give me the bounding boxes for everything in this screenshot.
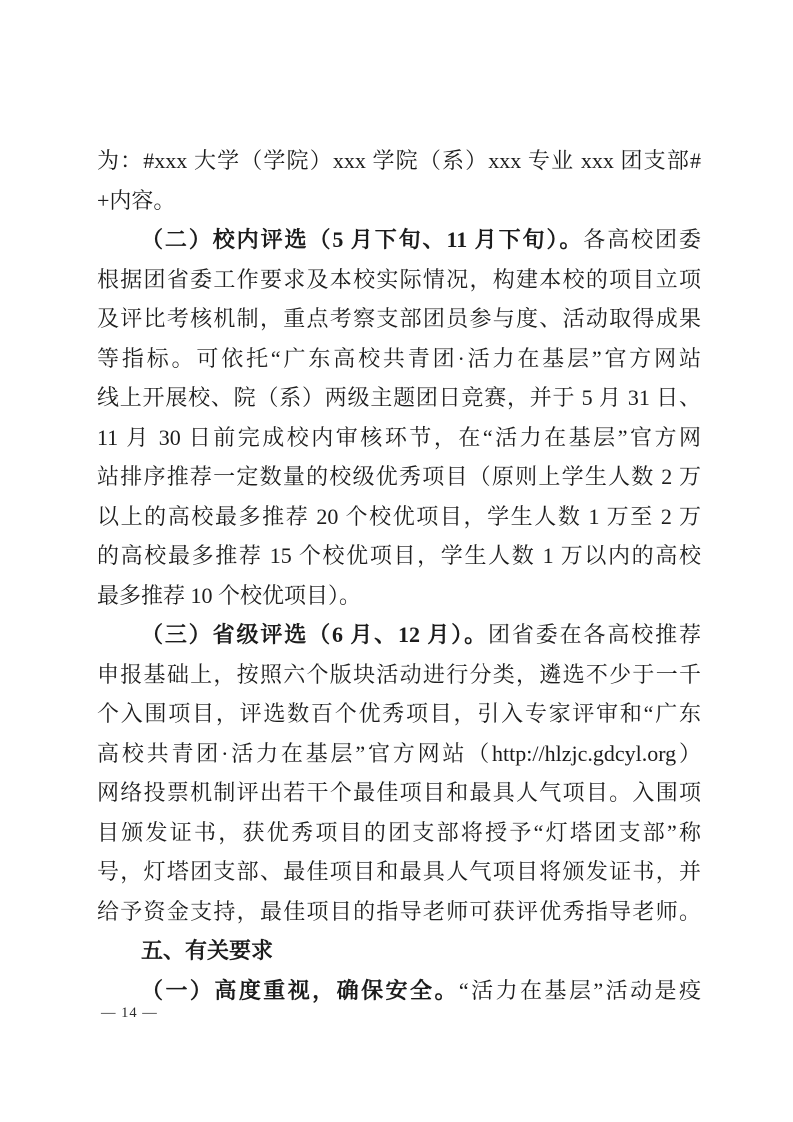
body-text: 个入围项目，评选数百个优秀项目，引入专家评审和“广东: [97, 701, 701, 726]
body-text: 线上开展校、院（系）两级主题团日竞赛，并于 5 月 31 日、: [97, 385, 701, 410]
document-body: 为：#xxx 大学（学院）xxx 学院（系）xxx 专业 xxx 团支部#+内容…: [97, 141, 701, 1010]
body-text: “活力在基层”活动是疫: [459, 978, 701, 1003]
text-line: 给予资金支持，最佳项目的指导老师可获评优秀指导老师。: [97, 892, 701, 932]
body-text: 网络投票机制评出若干个最佳项目和最具人气项目。入围项: [97, 780, 701, 805]
body-text: 及评比考核机制，重点考察支部团员参与度、活动取得成果: [97, 306, 701, 331]
text-line: 号，灯塔团支部、最佳项目和最具人气项目将颁发证书，并: [97, 852, 701, 892]
body-text: 申报基础上，按照六个版块活动进行分类，遴选不少于一千: [97, 662, 701, 687]
body-text: 给予资金支持，最佳项目的指导老师可获评优秀指导老师。: [97, 899, 701, 924]
clause-heading: （二）校内评选（5 月下旬、11 月下旬）。: [141, 227, 583, 252]
section-heading: 五、有关要求: [141, 938, 273, 963]
clause-heading: （三）省级评选（6 月、12 月）。: [141, 622, 488, 647]
text-line: 等指标。可依托“广东高校共青团·活力在基层”官方网站: [97, 339, 701, 379]
body-text: 高校共青团·活力在基层”官方网站（http://hlzjc.gdcyl.org）: [97, 741, 701, 766]
text-line: 目颁发证书，获优秀项目的团支部将授予“灯塔团支部”称: [97, 813, 701, 853]
body-text: 团省委在各高校推荐: [488, 622, 701, 647]
document-page: 为：#xxx 大学（学院）xxx 学院（系）xxx 专业 xxx 团支部#+内容…: [0, 0, 793, 1122]
body-text: 根据团省委工作要求及本校实际情况，构建本校的项目立项: [97, 267, 701, 292]
body-text: 为：#xxx 大学（学院）xxx 学院（系）xxx 专业 xxx 团支部#: [97, 148, 701, 173]
text-line: 以上的高校最多推荐 20 个校优项目，学生人数 1 万至 2 万: [97, 497, 701, 537]
text-line: 五、有关要求: [97, 931, 701, 971]
text-line: 个入围项目，评选数百个优秀项目，引入专家评审和“广东: [97, 694, 701, 734]
text-line: 根据团省委工作要求及本校实际情况，构建本校的项目立项: [97, 260, 701, 300]
text-line: （一）高度重视，确保安全。“活力在基层”活动是疫: [97, 971, 701, 1011]
body-text: 号，灯塔团支部、最佳项目和最具人气项目将颁发证书，并: [97, 859, 701, 884]
text-line: 线上开展校、院（系）两级主题团日竞赛，并于 5 月 31 日、: [97, 378, 701, 418]
text-line: （二）校内评选（5 月下旬、11 月下旬）。各高校团委: [97, 220, 701, 260]
body-text: 各高校团委: [583, 227, 701, 252]
text-line: 为：#xxx 大学（学院）xxx 学院（系）xxx 专业 xxx 团支部#: [97, 141, 701, 181]
body-text: 11 月 30 日前完成校内审核环节，在“活力在基层”官方网: [97, 425, 701, 450]
text-line: （三）省级评选（6 月、12 月）。团省委在各高校推荐: [97, 615, 701, 655]
text-line: 的高校最多推荐 15 个校优项目，学生人数 1 万以内的高校: [97, 536, 701, 576]
text-line: 及评比考核机制，重点考察支部团员参与度、活动取得成果: [97, 299, 701, 339]
text-line: 高校共青团·活力在基层”官方网站（http://hlzjc.gdcyl.org）: [97, 734, 701, 774]
body-text: 目颁发证书，获优秀项目的团支部将授予“灯塔团支部”称: [97, 820, 701, 845]
text-line: +内容。: [97, 181, 701, 221]
body-text: 站排序推荐一定数量的校级优秀项目（原则上学生人数 2 万: [97, 464, 701, 489]
body-text: 等指标。可依托“广东高校共青团·活力在基层”官方网站: [97, 346, 701, 371]
text-line: 11 月 30 日前完成校内审核环节，在“活力在基层”官方网: [97, 418, 701, 458]
text-line: 站排序推荐一定数量的校级优秀项目（原则上学生人数 2 万: [97, 457, 701, 497]
body-text: 最多推荐 10 个校优项目）。: [97, 583, 361, 608]
page-number: — 14 —: [101, 1005, 158, 1022]
body-text: 的高校最多推荐 15 个校优项目，学生人数 1 万以内的高校: [97, 543, 701, 568]
body-text: +内容。: [97, 188, 175, 213]
clause-heading: （一）高度重视，确保安全。: [141, 978, 459, 1003]
body-text: 以上的高校最多推荐 20 个校优项目，学生人数 1 万至 2 万: [97, 504, 701, 529]
text-line: 网络投票机制评出若干个最佳项目和最具人气项目。入围项: [97, 773, 701, 813]
text-line: 申报基础上，按照六个版块活动进行分类，遴选不少于一千: [97, 655, 701, 695]
text-line: 最多推荐 10 个校优项目）。: [97, 576, 701, 616]
